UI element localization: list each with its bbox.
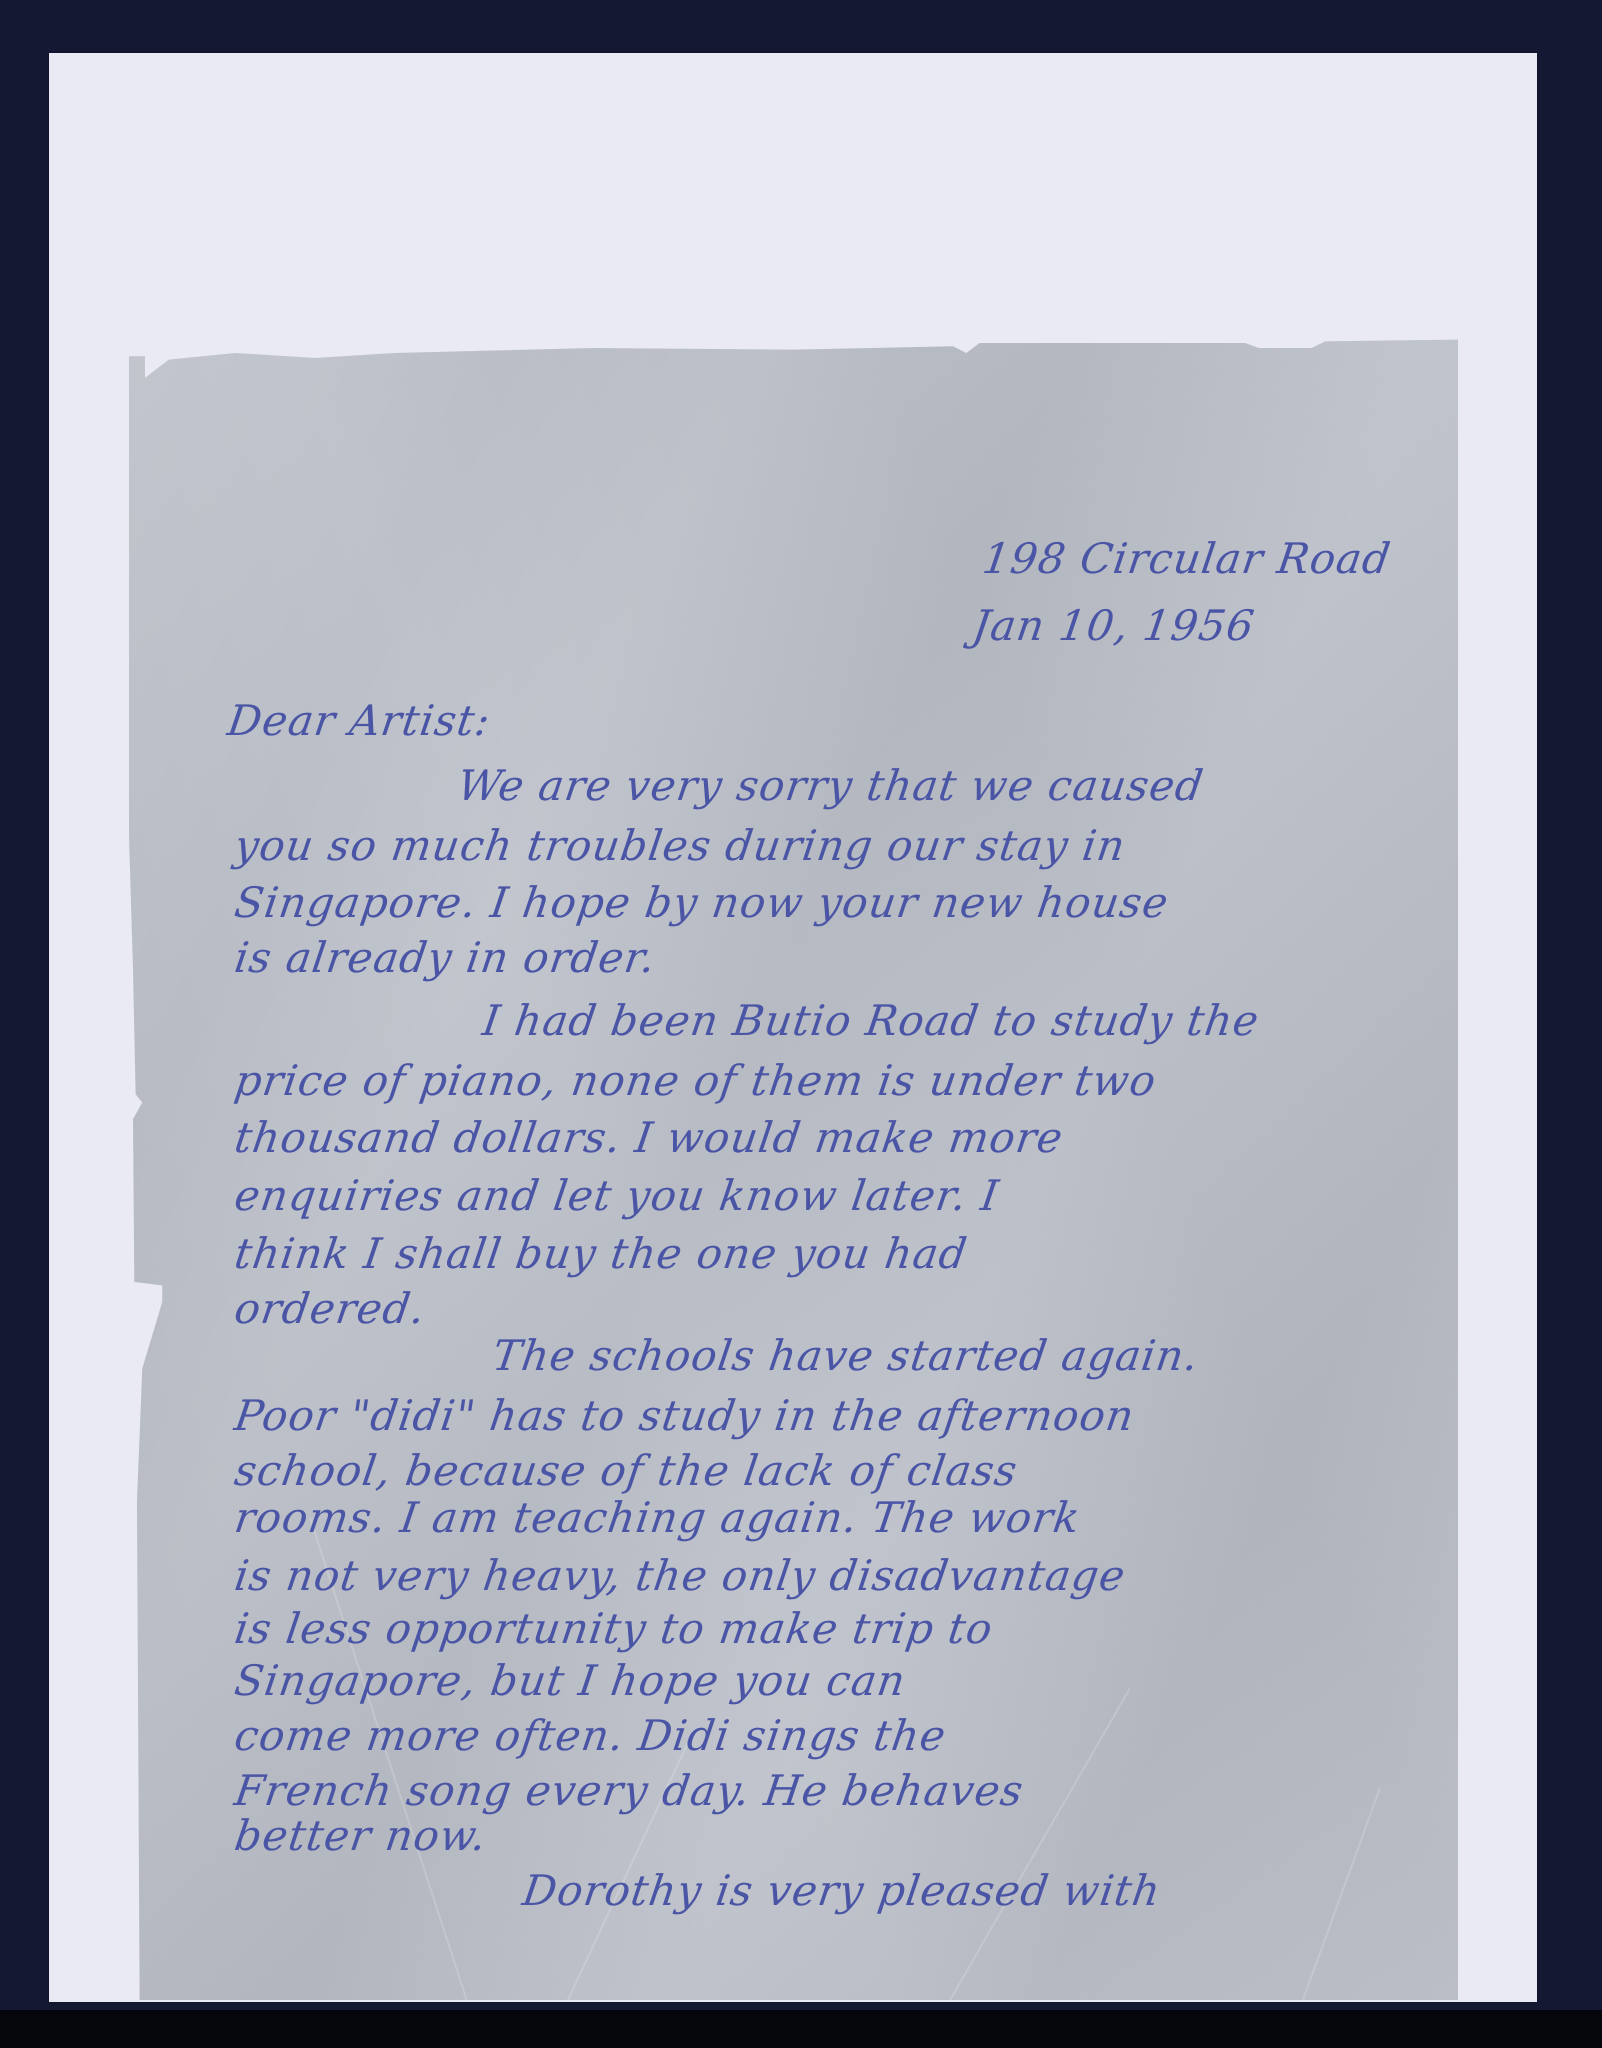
- letter-address: 198 Circular Road: [980, 538, 1393, 580]
- letter-line: think I shall buy the one you had: [232, 1233, 970, 1275]
- letter-line: is not very heavy, the only disadvantage: [232, 1555, 1128, 1597]
- letter-salutation: Dear Artist:: [225, 700, 493, 742]
- letter-line: I had been Butio Road to study the: [480, 1000, 1262, 1042]
- letter-line: Poor "didi" has to study in the afternoo…: [232, 1395, 1137, 1437]
- paper-crease: [939, 1688, 1131, 2018]
- letter-line: better now.: [232, 1815, 489, 1857]
- letter-line: thousand dollars. I would make more: [232, 1117, 1066, 1159]
- letter-line: French song every day. He behaves: [232, 1770, 1026, 1812]
- letter-line: ordered.: [232, 1288, 428, 1330]
- letter-line: rooms. I am teaching again. The work: [232, 1497, 1083, 1539]
- letter-date: Jan 10, 1956: [970, 605, 1257, 647]
- letter-line: Singapore, but I hope you can: [232, 1660, 908, 1702]
- letter-line: Dorothy is very pleased with: [520, 1870, 1163, 1912]
- scanner-bed-bottom: [0, 2010, 1602, 2048]
- letter-line: price of piano, none of them is under tw…: [232, 1060, 1159, 1102]
- letter-line: enquiries and let you know later. I: [232, 1175, 1002, 1217]
- letter-line: We are very sorry that we caused: [455, 765, 1206, 807]
- letter-line: is less opportunity to make trip to: [232, 1608, 996, 1650]
- letter-line: Singapore. I hope by now your new house: [232, 882, 1171, 924]
- letter-line: The schools have started again.: [490, 1335, 1202, 1377]
- letter-line: school, because of the lack of class: [232, 1450, 1020, 1492]
- paper-crease: [1290, 1788, 1381, 2033]
- letter-line: you so much troubles during our stay in: [232, 825, 1128, 867]
- letter-line: come more often. Didi sings the: [232, 1715, 949, 1757]
- letter-line: is already in order.: [232, 937, 658, 979]
